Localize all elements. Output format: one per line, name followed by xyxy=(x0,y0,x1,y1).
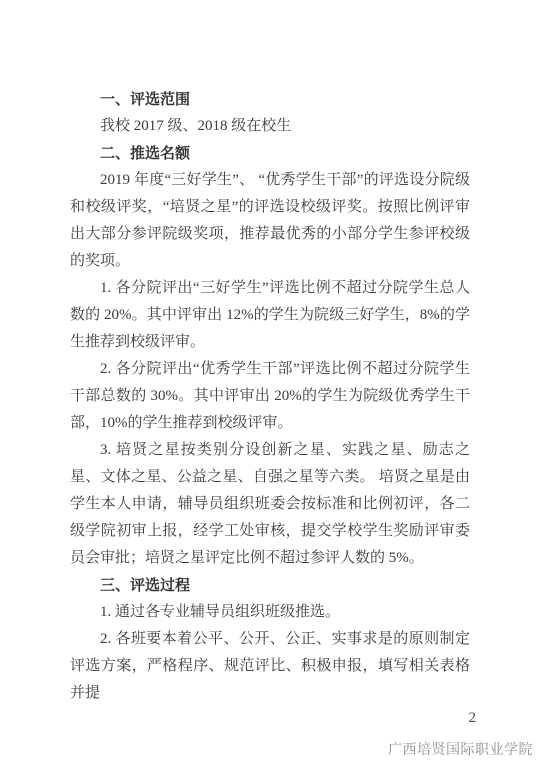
watermark-school-name: 广西培贤国际职业学院 xyxy=(388,740,533,758)
section-heading: 三、评选过程 xyxy=(70,572,470,599)
paragraph: 2019 年度“三好学生”、 “优秀学生干部”的评选设分院级和校级评奖，“培贤之… xyxy=(70,167,470,275)
paragraph: 2. 各班要本着公平、公开、公正、实事求是的原则制定评选方案，严格程序、规范评比… xyxy=(70,626,470,707)
paragraph: 1. 通过各专业辅导员组织班级推选。 xyxy=(70,599,470,626)
paragraph: 1. 各分院评出“三好学生”评选比例不超过分院学生总人数的 20%。其中评审出 … xyxy=(70,275,470,356)
paragraph: 3. 培贤之星按类别分设创新之星、实践之星、励志之星、文体之星、公益之星、自强之… xyxy=(70,437,470,572)
section-heading: 二、推选名额 xyxy=(70,140,470,167)
page-number: 2 xyxy=(469,708,477,728)
section-heading: 一、评选范围 xyxy=(70,86,470,113)
document-page: 一、评选范围我校 2017 级、2018 级在校生二、推选名额2019 年度“三… xyxy=(0,0,540,768)
paragraph: 我校 2017 级、2018 级在校生 xyxy=(70,113,470,140)
document-body: 一、评选范围我校 2017 级、2018 级在校生二、推选名额2019 年度“三… xyxy=(70,86,470,707)
paragraph: 2. 各分院评出“优秀学生干部”评选比例不超过分院学生干部总数的 30%。其中评… xyxy=(70,356,470,437)
